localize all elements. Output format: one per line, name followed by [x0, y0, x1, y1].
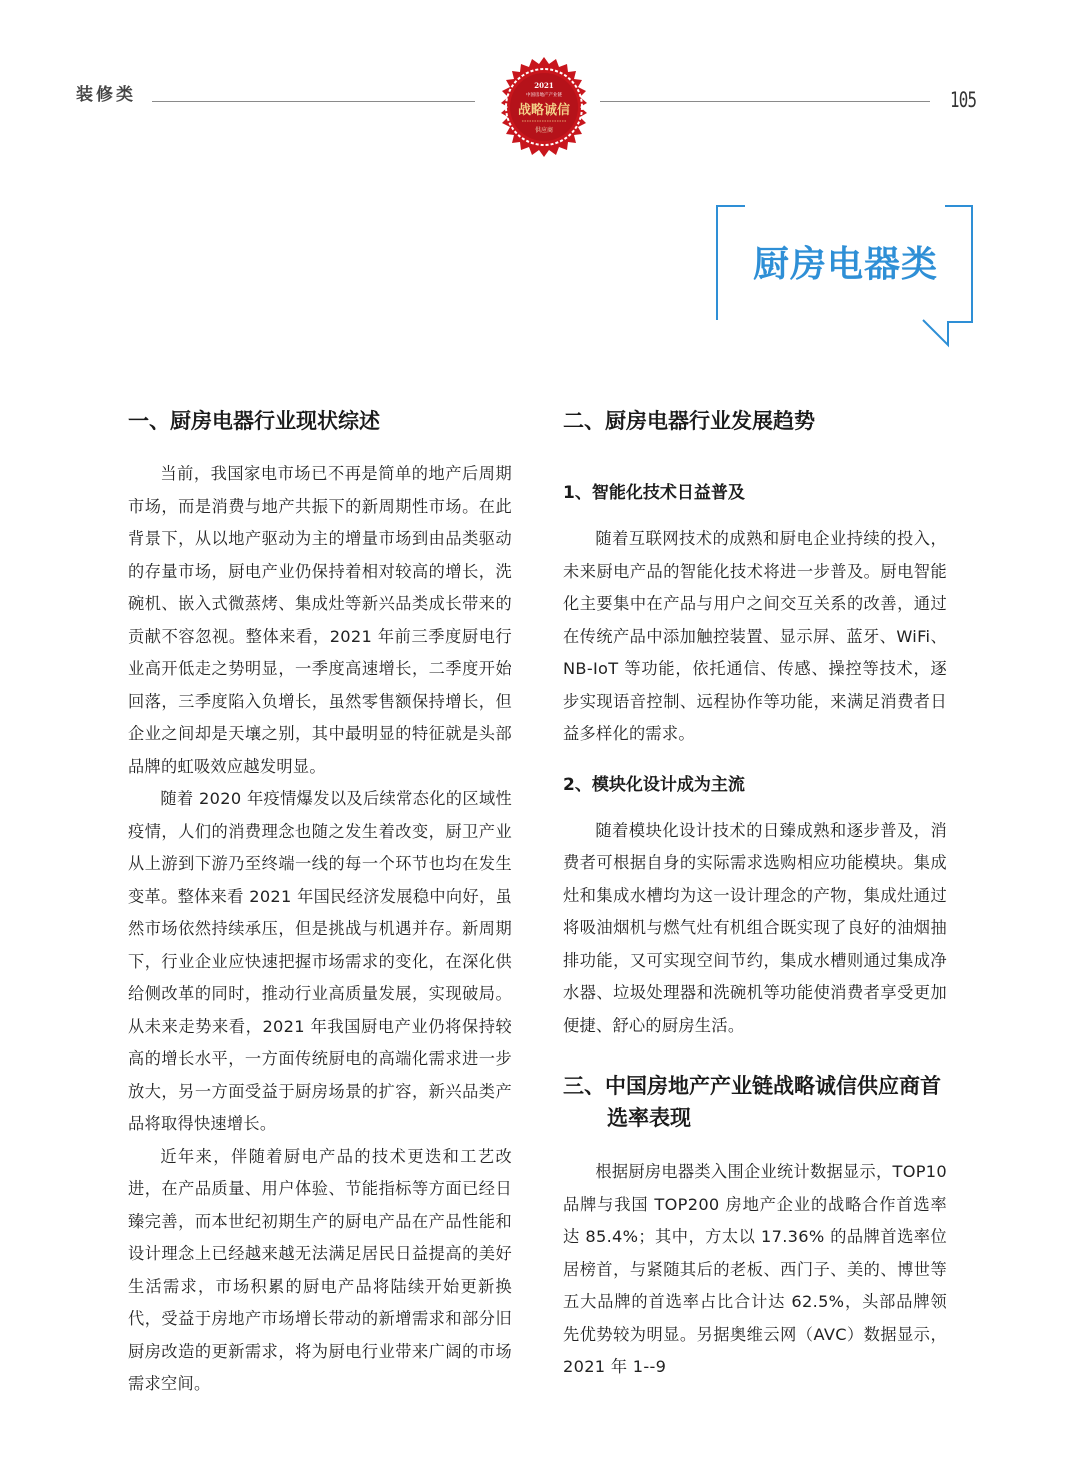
paragraph: 根据厨房电器类入围企业统计数据显示，TOP10 品牌与我国 TOP200 房地产…	[563, 1156, 947, 1384]
paragraph: 随着模块化设计技术的日臻成熟和逐步普及，消费者可根据自身的实际需求选购相应功能模…	[563, 815, 947, 1043]
header-divider-right	[600, 101, 930, 102]
page-number: 105	[950, 88, 976, 112]
left-column: 一、厨房电器行业现状综述 当前，我国家电市场已不再是简单的地产后周期市场，而是消…	[128, 405, 512, 1401]
paragraph: 随着 2020 年疫情爆发以及后续常态化的区域性疫情，人们的消费理念也随之发生着…	[128, 783, 512, 1141]
strategic-integrity-seal-logo: 2021 中国房地产产业链 战略诚信 供应商	[494, 57, 594, 157]
section-label: 装修类	[76, 80, 136, 105]
paragraph: 随着互联网技术的成熟和厨电企业持续的投入，未来厨电产品的智能化技术将进一步普及。…	[563, 523, 947, 751]
seal-year: 2021	[494, 81, 594, 90]
paragraph: 近年来，伴随着厨电产品的技术更迭和工艺改进，在产品质量、用户体验、节能指标等方面…	[128, 1141, 512, 1401]
seal-main-text: 战略诚信	[494, 99, 594, 118]
header-divider-left	[152, 101, 475, 102]
section-heading-2: 二、厨房电器行业发展趋势	[563, 405, 947, 437]
subsection-heading-1: 1、智能化技术日益普及	[563, 479, 947, 507]
category-title: 厨房电器类	[753, 236, 938, 287]
section-heading-1: 一、厨房电器行业现状综述	[128, 405, 512, 437]
section-heading-3: 三、中国房地产产业链战略诚信供应商首选率表现	[563, 1070, 947, 1134]
right-column: 二、厨房电器行业发展趋势 1、智能化技术日益普及 随着互联网技术的成熟和厨电企业…	[563, 405, 947, 1384]
seal-subtitle: 中国房地产产业链	[494, 92, 594, 98]
seal-bottom-text: 供应商	[494, 125, 594, 134]
paragraph: 当前，我国家电市场已不再是简单的地产后周期市场，而是消费与地产共振下的新周期性市…	[128, 458, 512, 783]
subsection-heading-2: 2、模块化设计成为主流	[563, 771, 947, 799]
